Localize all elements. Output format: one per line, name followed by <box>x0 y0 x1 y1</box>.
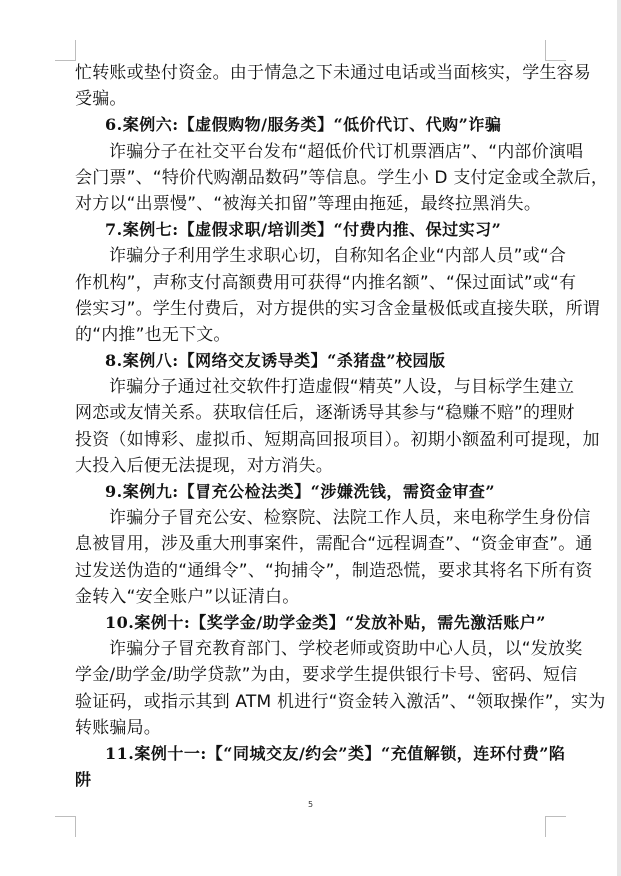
body-text-line: 对方以“出票慢”、“被海关扣留”等理由拖延，最终拉黑消失。 <box>75 191 547 217</box>
body-text-line: 诈骗分子冒充教育部门、学校老师或资助中心人员，以“发放奖 <box>75 636 547 662</box>
margin-corner-mark-top-left <box>55 40 76 61</box>
body-text-line: 学金/助学金/助学贷款”为由，要求学生提供银行卡号、密码、短信 <box>75 662 547 688</box>
body-text-line: 网恋或友情关系。获取信任后，逐渐诱导其参与“稳赚不赔”的理财 <box>75 400 547 426</box>
case-heading-6: 6.案例六:【虚假购物/服务类】“低价代订、代购”诈骗 <box>75 112 547 138</box>
case-heading-10: 10.案例十:【奖学金/助学金类】“发放补贴，需先激活账户” <box>75 610 547 636</box>
body-text-line: 转账骗局。 <box>75 715 547 741</box>
scrollbar-track[interactable] <box>617 0 621 876</box>
case-heading-7: 7.案例七:【虚假求职/培训类】“付费内推、保过实习” <box>75 217 547 243</box>
margin-corner-mark-bottom-right <box>545 816 566 837</box>
body-text-line: 大投入后便无法提现，对方消失。 <box>75 453 547 479</box>
page-number: 5 <box>0 800 621 809</box>
body-text-line: 诈骗分子在社交平台发布“超低价代订机票酒店”、“内部价演唱 <box>75 139 547 165</box>
body-text-line: 验证码，或指示其到 ATM 机进行“资金转入激活”、“领取操作”，实为 <box>75 689 547 715</box>
body-text-line: 金转入“安全账户”以证清白。 <box>75 584 547 610</box>
body-text-line: 偿实习”。学生付费后，对方提供的实习含金量极低或直接失联，所谓 <box>75 296 547 322</box>
body-text-line: 诈骗分子通过社交软件打造虚假“精英”人设，与目标学生建立 <box>75 374 547 400</box>
body-text-line: 息被冒用，涉及重大刑事案件，需配合“远程调查”、“资金审查”。通 <box>75 531 547 557</box>
margin-corner-mark-top-right <box>545 40 566 61</box>
body-text-line: 诈骗分子冒充公安、检察院、法院工作人员，来电称学生身份信 <box>75 505 547 531</box>
body-text-line: 受骗。 <box>75 86 547 112</box>
case-heading-11: 11.案例十一:【“同城交友/约会”类】“充值解锁，连环付费”陷 <box>75 741 547 767</box>
body-text-line: 投资（如博彩、虚拟币、短期高回报项目）。初期小额盈利可提现，加 <box>75 427 547 453</box>
document-page-body: 忙转账或垫付资金。由于情急之下未通过电话或当面核实，学生容易 受骗。 6.案例六… <box>75 60 547 793</box>
body-text-line: 会门票”、“特价代购潮品数码”等信息。学生小 D 支付定金或全款后， <box>75 165 547 191</box>
margin-corner-mark-bottom-left <box>55 816 76 837</box>
case-heading-8: 8.案例八:【网络交友诱导类】“杀猪盘”校园版 <box>75 348 547 374</box>
case-heading-9: 9.案例九:【冒充公检法类】“涉嫌洗钱，需资金审查” <box>75 479 547 505</box>
body-text-line: 作机构”，声称支付高额费用可获得“内推名额”、“保过面试”或“有 <box>75 270 547 296</box>
case-heading-11-continued: 阱 <box>75 767 547 793</box>
body-text-line: 忙转账或垫付资金。由于情急之下未通过电话或当面核实，学生容易 <box>75 60 547 86</box>
body-text-line: 的“内推”也无下文。 <box>75 322 547 348</box>
body-text-line: 过发送伪造的“通缉令”、“拘捕令”，制造恐慌，要求其将名下所有资 <box>75 558 547 584</box>
body-text-line: 诈骗分子利用学生求职心切，自称知名企业“内部人员”或“合 <box>75 243 547 269</box>
